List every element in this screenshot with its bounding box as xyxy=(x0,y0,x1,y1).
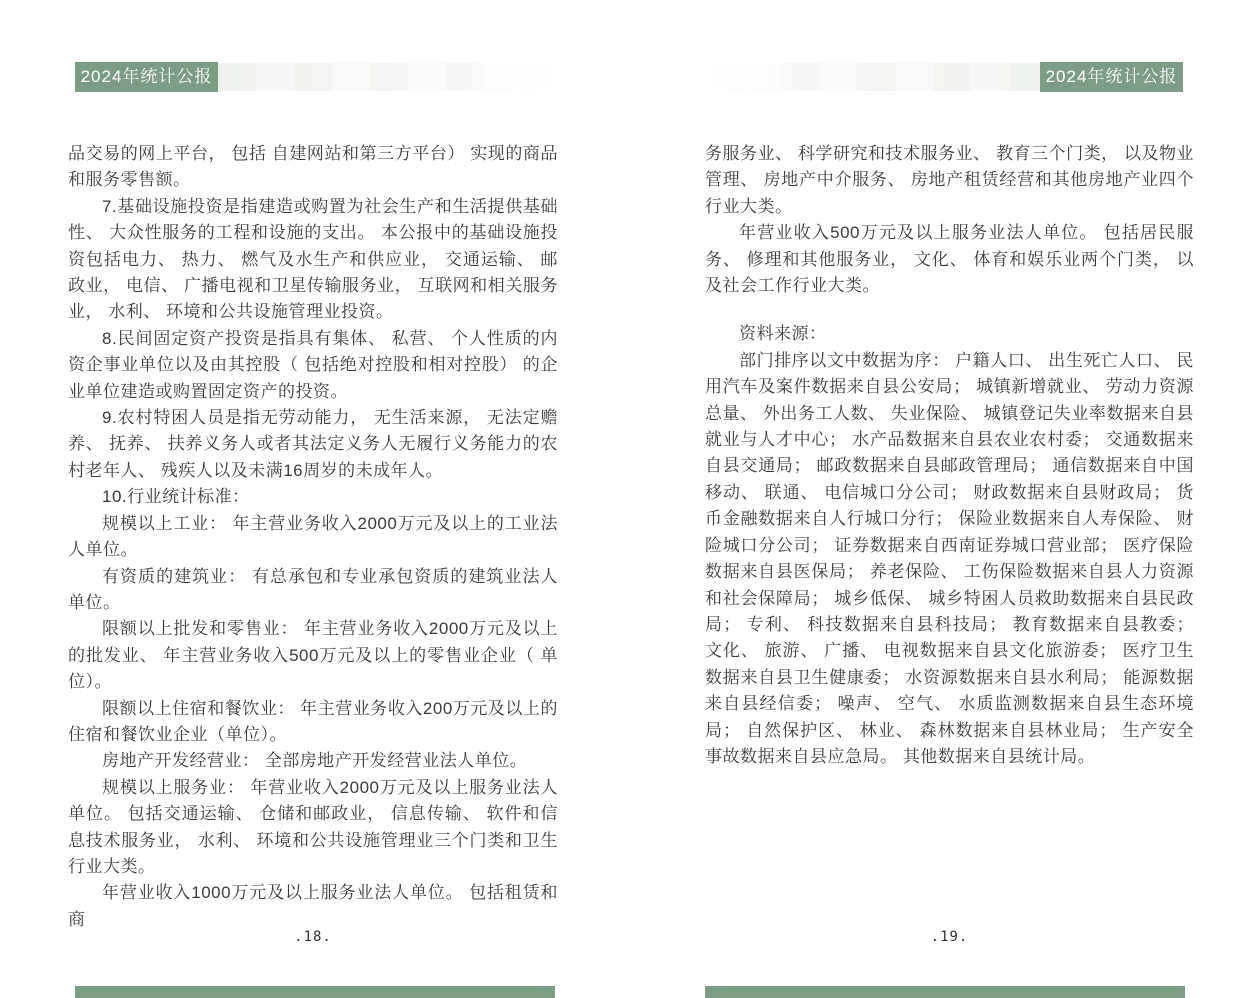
paragraph: 规模以上工业： 年主营业务收入2000万元及以上的工业法人单位。 xyxy=(68,511,558,564)
paragraph: 年营业收入500万元及以上服务业法人单位。 包括居民服务、 修理和其他服务业， … xyxy=(705,220,1194,299)
paragraph: 9.农村特困人员是指无劳动能力， 无生活来源， 无法定赡养、 抚养、 扶养义务人… xyxy=(68,405,558,484)
left-page-header-badge: 2024年统计公报 xyxy=(75,62,218,92)
left-footer-bar xyxy=(75,986,555,998)
left-page-body: 品交易的网上平台， 包括 自建网站和第三方平台） 实现的商品和服务零售额。7.基… xyxy=(68,141,558,933)
right-page-number: .19. xyxy=(705,929,1194,947)
paragraph: 7.基础设施投资是指建造或购置为社会生产和生活提供基础性、 大众性服务的工程和设… xyxy=(68,194,558,326)
paragraph: 限额以上批发和零售业： 年主营业务收入2000万元及以上的批发业、 年主营业务收… xyxy=(68,616,558,695)
right-page-header-badge: 2024年统计公报 xyxy=(1040,62,1183,92)
paragraph: 8.民间固定资产投资是指具有集体、 私营、 个人性质的内资企事业单位以及由其控股… xyxy=(68,326,558,405)
paragraph: 10.行业统计标准： xyxy=(68,484,558,510)
right-header-band xyxy=(705,63,1040,91)
paragraph: 房地产开发经营业： 全部房地产开发经营业法人单位。 xyxy=(68,748,558,774)
paragraph: 务服务业、 科学研究和技术服务业、 教育三个门类， 以及物业管理、 房地产中介服… xyxy=(705,141,1194,220)
paragraph: 规模以上服务业： 年营业收入2000万元及以上服务业法人单位。 包括交通运输、 … xyxy=(68,775,558,881)
paragraph: 有资质的建筑业： 有总承包和专业承包资质的建筑业法人单位。 xyxy=(68,564,558,617)
right-footer-bar xyxy=(705,986,1185,998)
paragraph: 资料来源： xyxy=(705,321,1194,347)
paragraph: 部门排序以文中数据为序： 户籍人口、 出生死亡人口、 民用汽车及案件数据来自县公… xyxy=(705,348,1194,771)
paragraph: 品交易的网上平台， 包括 自建网站和第三方平台） 实现的商品和服务零售额。 xyxy=(68,141,558,194)
right-page-body: 务服务业、 科学研究和技术服务业、 教育三个门类， 以及物业管理、 房地产中介服… xyxy=(705,141,1194,770)
left-page-number: .18. xyxy=(68,929,558,947)
left-header-band xyxy=(218,63,555,91)
paragraph: 限额以上住宿和餐饮业： 年主营业务收入200万元及以上的住宿和餐饮业企业（单位）… xyxy=(68,696,558,749)
paragraph: 年营业收入1000万元及以上服务业法人单位。 包括租赁和商 xyxy=(68,880,558,933)
document-spread: 2024年统计公报 2024年统计公报 品交易的网上平台， 包括 自建网站和第三… xyxy=(0,0,1259,998)
